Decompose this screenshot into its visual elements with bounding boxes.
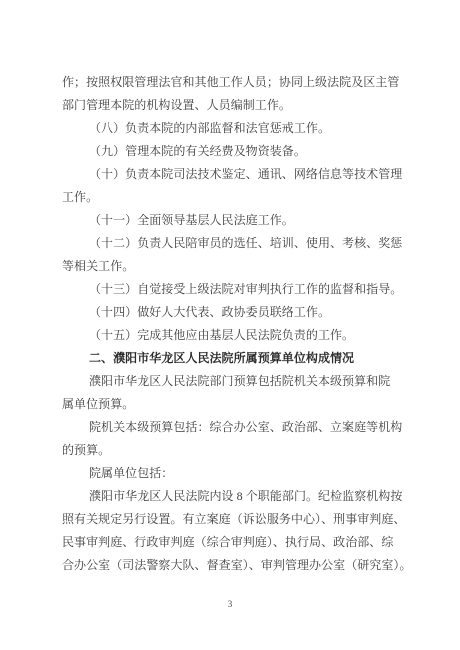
text-line: （十二）负责人民陪审员的选任、培训、使用、考核、奖惩 <box>62 232 400 255</box>
text-line: （九）管理本院的有关经费及物资装备。 <box>62 140 400 163</box>
text-line: 濮阳市华龙区人民法院部门预算包括院机关本级预算和院 <box>62 370 400 393</box>
text-line: 等相关工作。 <box>62 255 400 278</box>
text-line: 照有关规定另行设置。有立案庭（诉讼服务中心）、刑事审判庭、 <box>62 508 400 531</box>
text-line: 合办公室（司法警察大队、督查室）、审判管理办公室（研究室）。 <box>62 554 400 577</box>
section-heading: 二、濮阳市华龙区人民法院所属预算单位构成情况 <box>62 347 400 370</box>
text-line: 作；按照权限管理法官和其他工作人员；协同上级法院及区主管 <box>62 71 400 94</box>
document-lines: 作；按照权限管理法官和其他工作人员；协同上级法院及区主管部门管理本院的机构设置、… <box>62 71 400 577</box>
page-number: 3 <box>0 598 460 610</box>
text-line: （十五）完成其他应由基层人民法院负责的工作。 <box>62 324 400 347</box>
text-line: （八）负责本院的内部监督和法官惩戒工作。 <box>62 117 400 140</box>
text-line: 院机关本级预算包括：综合办公室、政治部、立案庭等机构 <box>62 416 400 439</box>
document-page: 作；按照权限管理法官和其他工作人员；协同上级法院及区主管部门管理本院的机构设置、… <box>0 0 460 650</box>
text-line: 的预算。 <box>62 439 400 462</box>
text-line: 濮阳市华龙区人民法院内设 8 个职能部门。纪检监察机构按 <box>62 485 400 508</box>
text-line: （十）负责本院司法技术鉴定、通讯、网络信息等技术管理 <box>62 163 400 186</box>
text-line: 院属单位包括： <box>62 462 400 485</box>
text-line: 民事审判庭、行政审判庭（综合审判庭）、执行局、政治部、综 <box>62 531 400 554</box>
text-line: （十一）全面领导基层人民法庭工作。 <box>62 209 400 232</box>
text-line: 部门管理本院的机构设置、人员编制工作。 <box>62 94 400 117</box>
text-line: （十三）自觉接受上级法院对审判执行工作的监督和指导。 <box>62 278 400 301</box>
text-line: 工作。 <box>62 186 400 209</box>
text-line: 属单位预算。 <box>62 393 400 416</box>
text-line: （十四）做好人大代表、政协委员联络工作。 <box>62 301 400 324</box>
